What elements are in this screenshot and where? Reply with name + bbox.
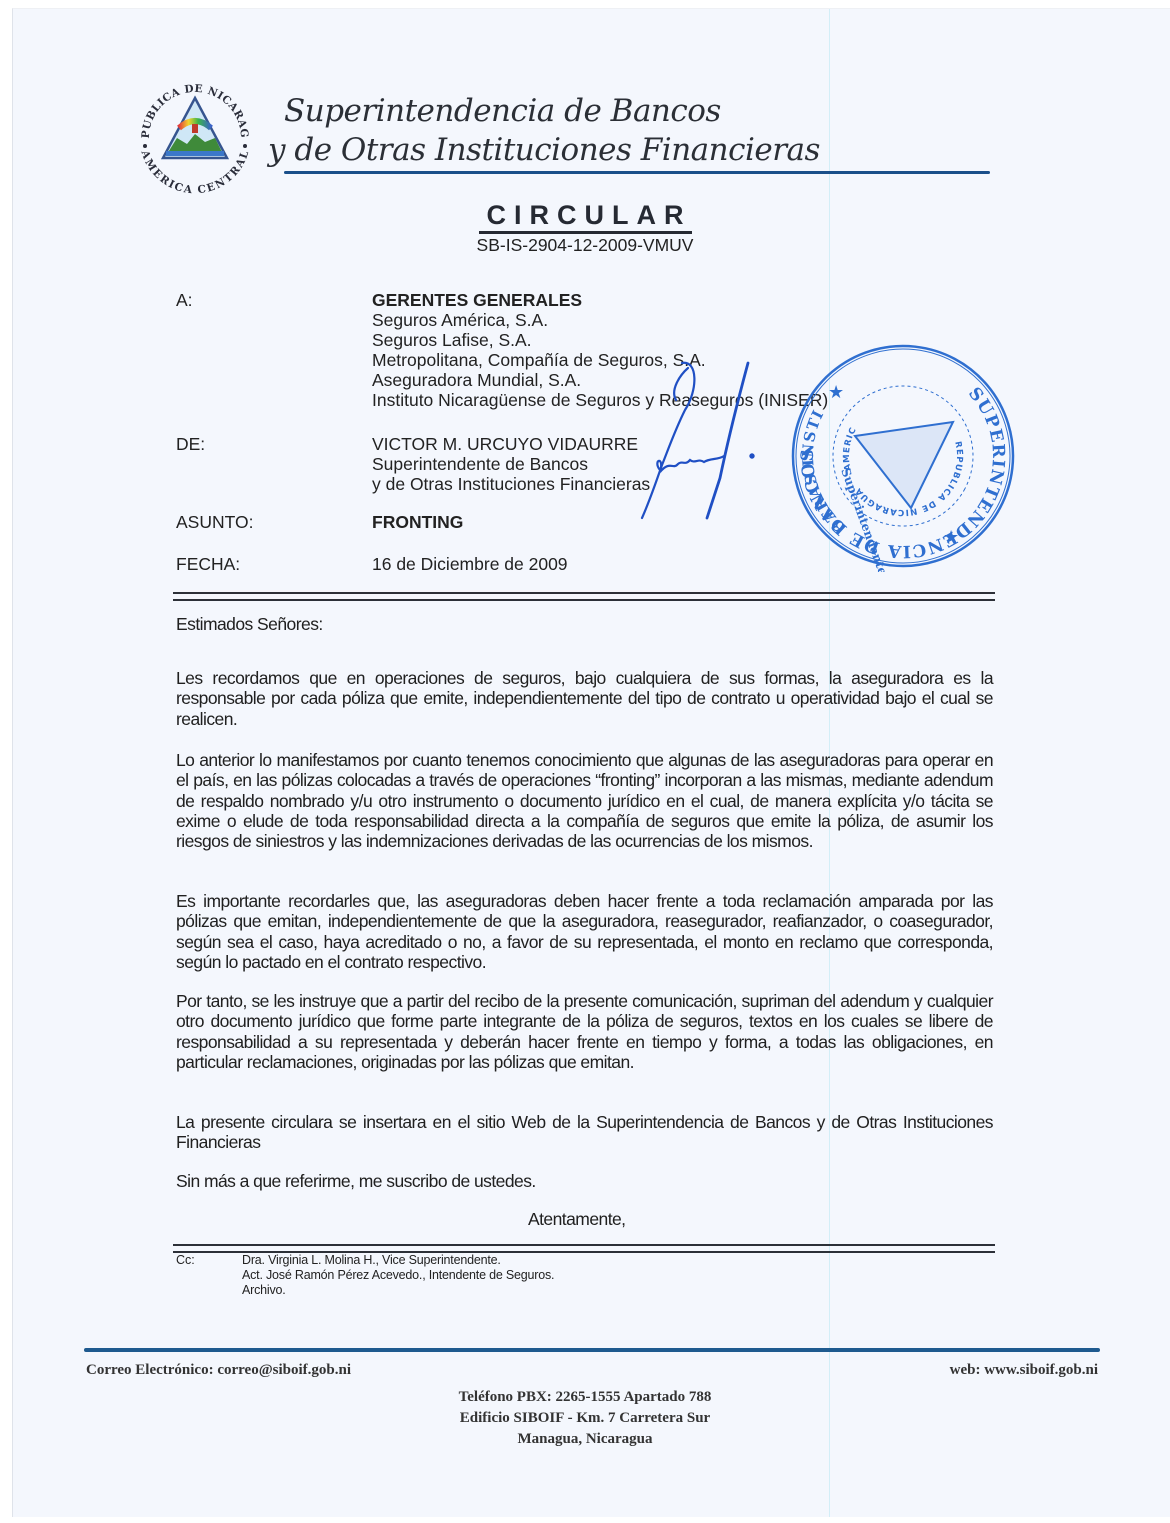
document-title: CIRCULAR [0,200,1170,231]
recipient: Seguros Lafise, S.A. [372,330,532,350]
paragraph: La presente circulara se insertara en el… [176,1112,993,1153]
cc-divider [173,1244,995,1253]
svg-text:★: ★ [828,382,844,403]
recipient: Seguros América, S.A. [372,310,548,330]
paragraph: Les recordamos que en operaciones de seg… [176,668,993,729]
from-label: DE: [176,434,205,455]
nicaragua-coat-of-arms-icon: REPUBLICA DE NICARAGUA AMERICA CENTRAL [135,76,255,194]
paragraph: Sin más a que referirme, me suscribo de … [176,1171,993,1191]
from-title-1: Superintendente de Bancos [372,454,588,474]
paragraph: Por tanto, se les instruye que a partir … [176,991,993,1072]
footer-rule [84,1348,1100,1352]
cc-list: Dra. Virginia L. Molina H., Vice Superin… [242,1253,554,1298]
section-divider [173,592,995,601]
recipient: Aseguradora Mundial, S.A. [372,370,581,390]
from-name: VICTOR M. URCUYO VIDAURRE [372,434,638,454]
footer-address: Teléfono PBX: 2265-1555 Apartado 788 Edi… [0,1387,1170,1450]
cc-entry: Act. José Ramón Pérez Acevedo., Intenden… [242,1268,554,1283]
to-heading: GERENTES GENERALES [372,290,582,310]
from-title-2: y de Otras Instituciones Financieras [372,474,650,494]
date-label: FECHA: [176,554,240,575]
closing: Atentamente, [528,1209,626,1229]
cc-entry: Archivo. [242,1283,554,1298]
subject-value: FRONTING [372,512,463,532]
org-name-line-2: y de Otras Instituciones Financieras [268,132,820,168]
cc-entry: Dra. Virginia L. Molina H., Vice Superin… [242,1253,554,1268]
cc-label: Cc: [176,1253,195,1267]
subject-label: ASUNTO: [176,512,253,533]
document-code: SB-IS-2904-12-2009-VMUV [0,235,1170,256]
org-name-line-1: Superintendencia de Bancos [284,93,721,129]
date-value: 16 de Diciembre de 2009 [372,554,568,574]
from-block: VICTOR M. URCUYO VIDAURRE Superintendent… [372,434,650,494]
footer-phone: Teléfono PBX: 2265-1555 Apartado 788 [0,1387,1170,1408]
footer-email: Correo Electrónico: correo@siboif.gob.ni [86,1362,351,1379]
footer-web: web: www.siboif.gob.ni [950,1362,1098,1379]
to-label: A: [176,290,193,311]
header-rule [284,171,990,174]
paragraph: Es importante recordarles que, las asegu… [176,891,993,972]
salutation: Estimados Señores: [176,614,993,634]
svg-text:★: ★ [943,527,959,548]
official-stamp: SUPERINTENDENCIA DE BANCOS OTRAS INSTITU… [783,340,1023,572]
paragraph: Lo anterior lo manifestamos por cuanto t… [176,750,993,851]
signature [640,360,800,520]
footer-building: Edificio SIBOIF - Km. 7 Carretera Sur [0,1408,1170,1429]
footer-city: Managua, Nicaragua [0,1429,1170,1450]
